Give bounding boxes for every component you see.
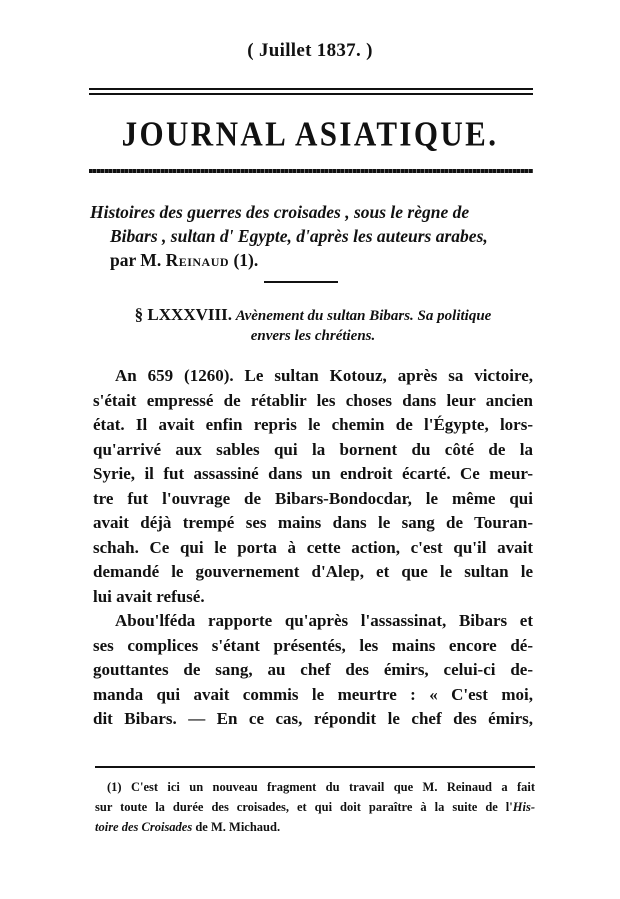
article-author: par M. Reinaud (1). (90, 248, 536, 272)
text-line: s'était empressé de rétablir les choses … (93, 389, 533, 414)
text-line: manda qui avait commis le meurtre : « C'… (93, 683, 533, 708)
footnote-book-title: toire des Croisades (95, 820, 192, 834)
text-line: état. Il avait enfin repris le chemin de… (93, 413, 533, 438)
article-title-line-2: Bibars , sultan d' Egypte, d'après les a… (90, 224, 536, 248)
text-line: demandé le gouvernement d'Alep, et que l… (93, 560, 533, 585)
footnote: (1) C'est ici un nouveau fragment du tra… (95, 777, 535, 837)
section-heading: § LXXXVIII. Avènement du sultan Bibars. … (90, 305, 536, 346)
ornamental-rule (89, 169, 533, 173)
text-line: avait déjà trempé ses mains dans le sang… (93, 511, 533, 536)
text-line: qu'arrivé aux sables qui la bornent du c… (93, 438, 533, 463)
footnote-line-3-text: de M. Michaud. (192, 820, 280, 834)
footnote-line-3: toire des Croisades de M. Michaud. (95, 817, 535, 837)
paragraph-2: Abou'lféda rapporte qu'après l'assassina… (93, 609, 533, 732)
body-text: An 659 (1260). Le sultan Kotouz, après s… (93, 364, 533, 732)
footnote-line-1: (1) C'est ici un nouveau fragment du tra… (95, 777, 535, 797)
title-separator-rule (264, 281, 338, 283)
article-title-line-1: Histoires des guerres des croisades , so… (90, 200, 536, 224)
issue-date: ( Juillet 1837. ) (0, 40, 620, 62)
text-line: schah. Ce qui le porta à cette action, c… (93, 536, 533, 561)
footnote-rule (95, 766, 535, 768)
text-line: lui avait refusé. (93, 585, 533, 610)
footnote-line-2-text: sur toute la durée des croisades, et qui… (95, 800, 513, 814)
author-name: Reinaud (166, 250, 229, 270)
journal-title: JOURNAL ASIATIQUE. (0, 114, 620, 154)
text-line: Syrie, il fut assassiné dans un endroit … (93, 462, 533, 487)
section-title-part-1: Avènement du sultan Bibars. Sa politique (236, 308, 492, 324)
author-prefix: par M. (110, 250, 166, 270)
text-line: An 659 (1260). Le sultan Kotouz, après s… (93, 364, 533, 389)
text-line: Abou'lféda rapporte qu'après l'assassina… (93, 609, 533, 634)
paragraph-1: An 659 (1260). Le sultan Kotouz, après s… (93, 364, 533, 609)
section-title-part-2: envers les chrétiens. (90, 326, 536, 346)
header-double-rule (89, 88, 533, 95)
footnote-line-2-italic: His- (513, 800, 535, 814)
text-line: dit Bibars. — En ce cas, répondit le che… (93, 707, 533, 732)
footnote-line-2: sur toute la durée des croisades, et qui… (95, 797, 535, 817)
text-line: ses complices s'étant présentés, les mai… (93, 634, 533, 659)
section-number: § LXXXVIII. (135, 305, 232, 324)
text-line: gouttantes de sang, au chef des émirs, c… (93, 658, 533, 683)
text-line: tre fut l'ouvrage de Bibars-Bondocdar, l… (93, 487, 533, 512)
section-heading-line-1: § LXXXVIII. Avènement du sultan Bibars. … (90, 305, 536, 326)
author-footnote-ref[interactable]: (1). (229, 250, 258, 270)
article-title: Histoires des guerres des croisades , so… (90, 200, 536, 272)
